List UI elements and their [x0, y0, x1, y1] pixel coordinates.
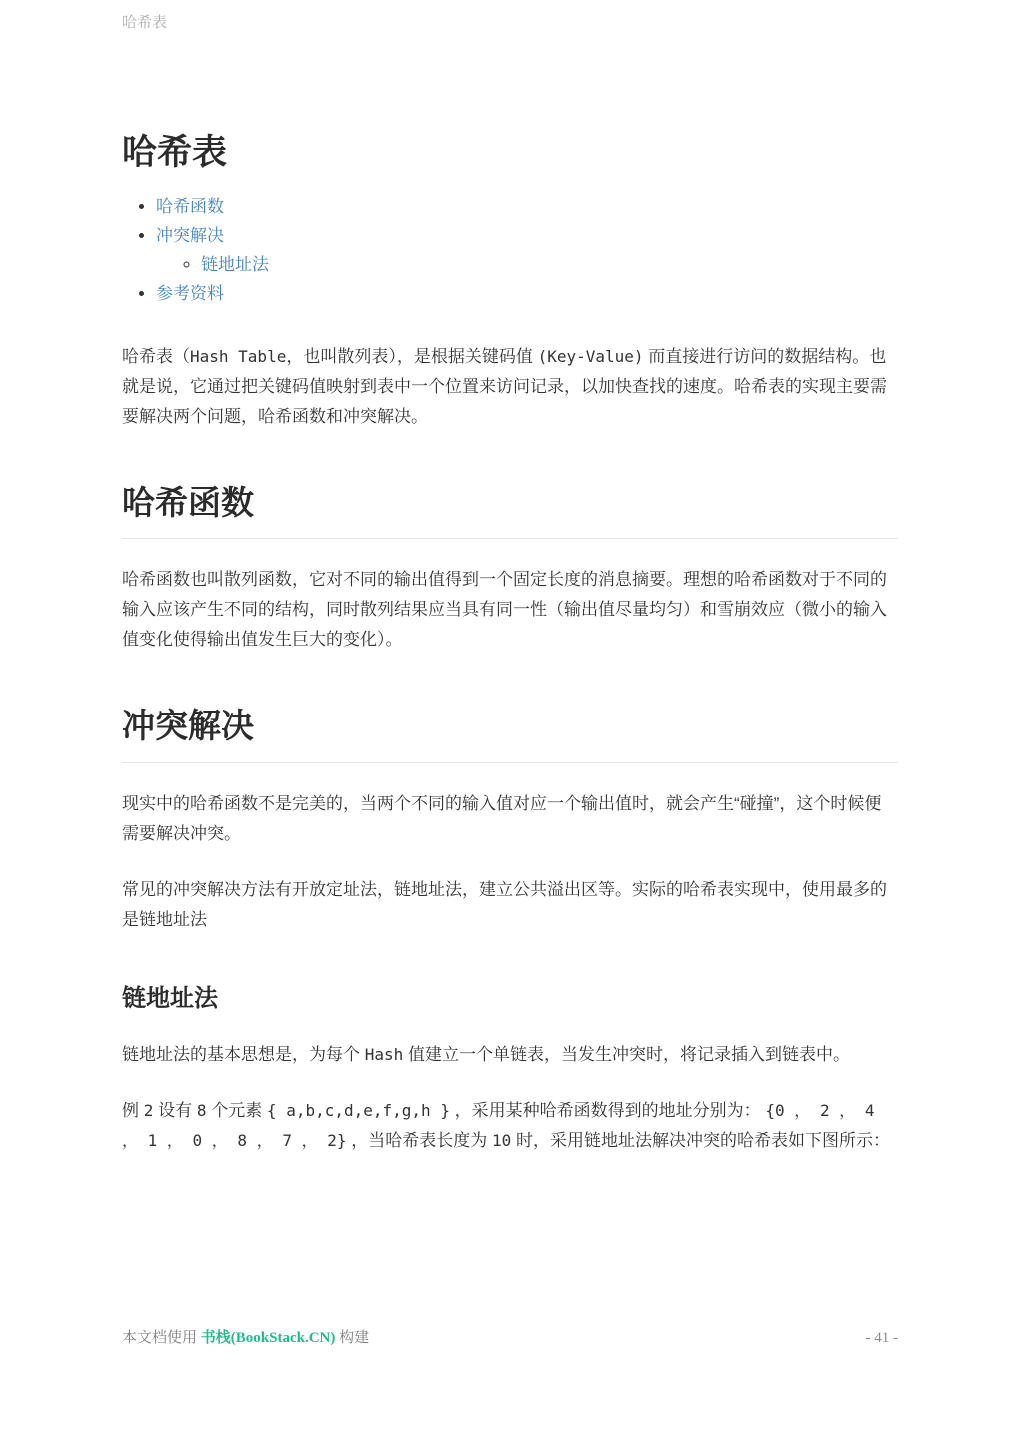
toc-link-conflict-resolution[interactable]: 冲突解决 — [156, 226, 224, 245]
article-content: 哈希表 哈希函数 冲突解决 链地址法 参考资料 哈希表（Hash Table，也… — [122, 130, 898, 1182]
conflict-paragraph-1: 现实中的哈希函数不是完美的，当两个不同的输入值对应一个输出值时，就会产生“碰撞”… — [122, 789, 898, 849]
intro-text-1: 哈希表（ — [122, 347, 190, 366]
intro-text-2: ，也叫散列表），是根据关键码值 — [286, 347, 537, 366]
chaining-p2-text-6: 时，采用链地址法解决冲突的哈希表如下图所示： — [511, 1131, 890, 1150]
toc-link-chaining[interactable]: 链地址法 — [201, 255, 269, 274]
page-number: - 41 - — [866, 1330, 899, 1347]
page-footer: 本文档使用 书栈(BookStack.CN) 构建 - 41 - — [122, 1326, 898, 1347]
toc-item-chaining: 链地址法 — [201, 250, 898, 279]
toc-link-hash-function[interactable]: 哈希函数 — [156, 197, 224, 216]
toc-link-references[interactable]: 参考资料 — [156, 284, 224, 303]
inline-code-2: 2 — [144, 1101, 154, 1120]
toc-item-conflict-resolution: 冲突解决 链地址法 — [156, 221, 898, 279]
table-of-contents: 哈希函数 冲突解决 链地址法 参考资料 — [122, 192, 898, 308]
inline-code-hash-table: Hash Table — [190, 347, 286, 366]
inline-code-element-set: { a,b,c,d,e,f,g,h } — [267, 1101, 450, 1120]
heading-conflict-resolution: 冲突解决 — [122, 705, 898, 763]
footer-suffix: 构建 — [335, 1330, 369, 1346]
inline-code-10: 10 — [492, 1131, 511, 1150]
inline-code-key-value: (Key-Value) — [538, 347, 644, 366]
bookstack-link[interactable]: 书栈(BookStack.CN) — [201, 1330, 336, 1346]
footer-prefix: 本文档使用 — [122, 1330, 201, 1346]
heading-hash-function: 哈希函数 — [122, 482, 898, 540]
intro-paragraph: 哈希表（Hash Table，也叫散列表），是根据关键码值 (Key-Value… — [122, 342, 898, 432]
hash-function-paragraph: 哈希函数也叫散列函数，它对不同的输出值得到一个固定长度的消息摘要。理想的哈希函数… — [122, 565, 898, 655]
footer-attribution: 本文档使用 书栈(BookStack.CN) 构建 — [122, 1326, 369, 1347]
toc-item-references: 参考资料 — [156, 279, 898, 308]
inline-code-hash: Hash — [365, 1045, 404, 1064]
page-title: 哈希表 — [122, 130, 898, 176]
chaining-p1-text-2: 值建立一个单链表，当发生冲突时，将记录插入到链表中。 — [403, 1045, 850, 1064]
chaining-paragraph-1: 链地址法的基本思想是，为每个 Hash 值建立一个单链表，当发生冲突时，将记录插… — [122, 1040, 898, 1070]
chaining-paragraph-2: 例 2 设有 8 个元素 { a,b,c,d,e,f,g,h } ，采用某种哈希… — [122, 1096, 898, 1156]
heading-chaining: 链地址法 — [122, 983, 898, 1014]
chaining-p1-text-1: 链地址法的基本思想是，为每个 — [122, 1045, 365, 1064]
chaining-p2-text-2: 设有 — [153, 1101, 196, 1120]
chaining-p2-text-5: ，当哈希表长度为 — [347, 1131, 492, 1150]
toc-item-hash-function: 哈希函数 — [156, 192, 898, 221]
chaining-p2-text-1: 例 — [122, 1101, 144, 1120]
toc-sublist: 链地址法 — [156, 250, 898, 279]
chaining-p2-text-4: ，采用某种哈希函数得到的地址分别为： — [450, 1101, 765, 1120]
chaining-p2-text-3: 个元素 — [206, 1101, 266, 1120]
conflict-paragraph-2: 常见的冲突解决方法有开放定址法，链地址法，建立公共溢出区等。实际的哈希表实现中，… — [122, 875, 898, 935]
running-header-title: 哈希表 — [122, 11, 167, 32]
